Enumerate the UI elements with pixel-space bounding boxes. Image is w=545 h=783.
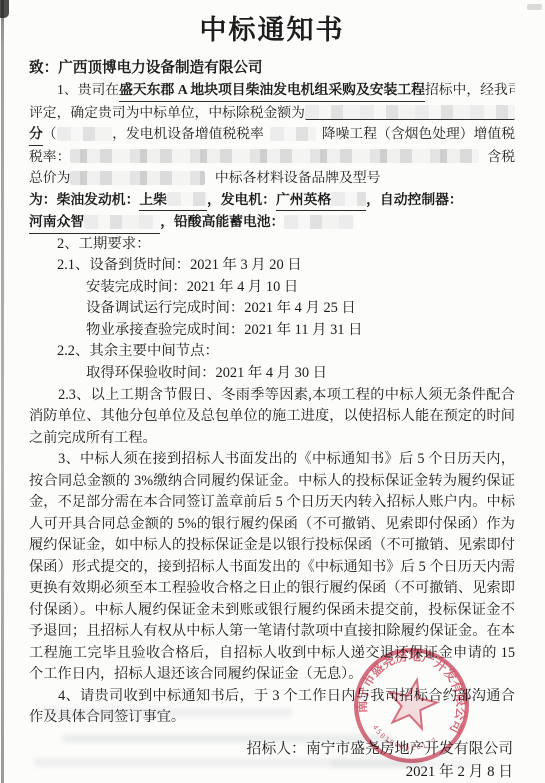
award-text: 评定，确定贵司为中标单位，中标除税金额为	[29, 102, 305, 124]
redaction-box	[84, 215, 160, 229]
redaction-box	[331, 192, 366, 206]
brand-text: 上柴	[139, 189, 167, 211]
brand-label: ，铅酸高能蓄电池：	[160, 211, 284, 233]
brand-controller: 河南众智	[29, 211, 160, 234]
award-line-7: 河南众智，铅酸高能蓄电池：	[29, 211, 515, 234]
redaction-box	[57, 127, 112, 141]
award-text: 招标中，经我司综合	[425, 79, 515, 101]
schedule-heading: 2、工期要求：	[29, 234, 515, 256]
redaction-box	[270, 127, 316, 141]
award-text: 含税	[487, 146, 515, 168]
redaction-box	[284, 215, 354, 229]
redaction-box	[167, 192, 207, 206]
clause-3-paragraph: 3、中标人须在接到招标人书面发出的《中标通知书》后 5 个日历天内，按合同总金额…	[29, 449, 515, 686]
clause-2-3-paragraph: 2.3、以上工期含节假日、冬雨季等因素,本项工程的中标人须无条件配合消防单位、其…	[29, 385, 515, 450]
scan-corner-artifact	[0, 0, 9, 18]
award-line-2: 评定，确定贵司为中标单位，中标除税金额为	[29, 102, 515, 124]
scan-smudge	[527, 4, 542, 10]
signature-line: 招标人：南宁市盛尧房地产开发有限公司	[29, 738, 513, 761]
award-line-4: 税率：含税	[29, 146, 515, 168]
redaction-box	[70, 171, 205, 185]
brand-generator: 广州英格	[276, 189, 366, 212]
document-title: 中标通知书	[29, 12, 515, 48]
award-line-6: 为：柴油发动机：上柴，发电机：广州英格，自动控制器：	[29, 189, 515, 212]
recipient-line: 致：广西顶博电力设备制造有限公司	[29, 57, 515, 79]
award-text: 分	[29, 123, 43, 146]
award-line-5: 总价为中标各材料设备品牌及型号	[29, 167, 515, 189]
schedule-line: 2.1、设备到货时间：2021 年 3 月 20 日	[29, 255, 515, 277]
redaction-box	[305, 105, 515, 120]
redaction-box	[70, 149, 479, 163]
schedule-line: 2.2、其余主要中间节点：	[29, 341, 515, 363]
award-text: （	[43, 123, 57, 145]
award-text: 中标各材料设备品牌及型号	[215, 167, 381, 189]
brand-label: 为：柴油发动机：	[29, 189, 139, 211]
brand-engine: 上柴	[139, 189, 207, 212]
award-text: ，发电机设备增值税税率	[112, 123, 264, 145]
bleedthrough-ghost	[42, 708, 292, 717]
signature-block: 招标人：南宁市盛尧房地产开发有限公司 2021 年 2 月 8 日	[29, 738, 515, 783]
award-text: 税率：	[29, 146, 70, 168]
award-text: 降噪工程（含烟色处理）增值税	[322, 123, 515, 145]
scan-edge-artifact	[1, 0, 4, 783]
award-line-3: 分（，发电机设备增值税税率降噪工程（含烟色处理）增值税	[29, 123, 515, 146]
schedule-line: 物业承接查验完成时间：2021 年 11 月 31 日	[29, 320, 515, 342]
brand-label: ，发电机：	[207, 189, 276, 211]
document-content: 中标通知书 致：广西顶博电力设备制造有限公司 1、贵司在盛天东郡 A 地块项目柴…	[29, 10, 515, 783]
award-text: 1、贵司在	[57, 79, 119, 101]
award-text: 总价为	[29, 167, 70, 189]
scanned-document-page: 中标通知书 致：广西顶博电力设备制造有限公司 1、贵司在盛天东郡 A 地块项目柴…	[0, 0, 545, 783]
award-line-1: 1、贵司在盛天东郡 A 地块项目柴油发电机组采购及安装工程招标中，经我司综合	[29, 79, 515, 102]
schedule-line: 取得环保验收时间：2021 年 4 月 30 日	[29, 363, 515, 385]
project-name: 盛天东郡 A 地块项目柴油发电机组采购及安装工程	[119, 79, 425, 102]
brand-text: 河南众智	[29, 211, 84, 233]
schedule-line: 设备调试运行完成时间：2021 年 4 月 25 日	[29, 298, 515, 320]
signature-date: 2021 年 2 月 8 日	[29, 761, 513, 783]
brand-text: 广州英格	[276, 189, 331, 211]
schedule-line: 安装完成时间：2021 年 4 月 10 日	[29, 277, 515, 299]
brand-label: ，自动控制器：	[366, 189, 463, 211]
